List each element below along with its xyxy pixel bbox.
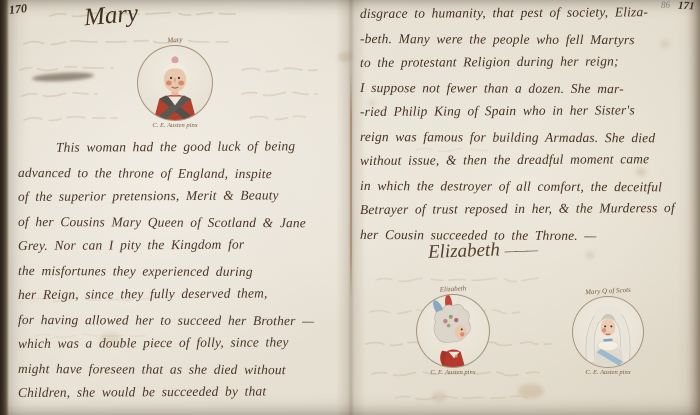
manuscript-line: Betrayer of trust reposed in her, & the … (360, 196, 696, 223)
foxing-spot (100, 332, 120, 344)
left-page-number: 170 (8, 1, 27, 18)
portrait-mqs-caption: C. E. Austen pinx (568, 369, 648, 376)
page-right-edge (688, 0, 700, 415)
manuscript-line: This woman had the good luck of being (18, 134, 340, 160)
foxing-spot (368, 100, 376, 106)
elizabeth-portrait-illustration (417, 295, 489, 367)
portrait-medallion-elizabeth: Elizabeth (413, 285, 493, 376)
manuscript-line: disgrace to humanity, that pest of socie… (360, 0, 696, 26)
mary-queen-of-scots-portrait-illustration (573, 297, 643, 367)
manuscript-line: her Reign, since they fully deserved the… (18, 281, 340, 307)
heading-flourish: ——— (504, 243, 536, 259)
page-gutter (336, 0, 366, 415)
manuscript-photo: 170 Mary Mary (0, 0, 700, 415)
manuscript-line: of the superior pretensions, Merit & Bea… (18, 183, 340, 209)
portrait-elizabeth-caption: C. E. Austen pinx (413, 369, 493, 376)
portrait-mary-caption: C. E. Austen pinx (134, 122, 216, 129)
left-page-text: This woman had the good luck of being ad… (18, 136, 340, 406)
foxing-spot (636, 168, 646, 176)
foxing-spot (518, 384, 544, 398)
right-page-text: disgrace to humanity, that pest of socie… (360, 2, 696, 247)
portrait-medallion-mary: Mary (134, 36, 216, 129)
manuscript-line: Children, she would be succeeded by that (18, 379, 340, 405)
portrait-medallion-mary-queen-of-scots: Mary Q of Scots C. E. Austen p (568, 287, 648, 376)
portrait-mqs-frame (572, 296, 644, 368)
portrait-elizabeth-frame (416, 294, 490, 368)
portrait-mary-frame (137, 45, 213, 121)
manuscript-line: Grey. Nor can I pity the Kingdom for (18, 232, 340, 258)
foxing-spot (432, 392, 446, 402)
elizabeth-heading-text: Elizabeth (428, 239, 500, 262)
manuscript-line: to the protestant Religion during her re… (360, 49, 696, 76)
manuscript-line: -ried Philip King of Spain who in her Si… (360, 98, 696, 125)
elizabeth-section-heading: Elizabeth ——— (428, 238, 537, 264)
mary-portrait-illustration (138, 46, 212, 120)
manuscript-line: which was a double piece of folly, since… (18, 330, 340, 356)
left-page-heading: Mary (83, 0, 139, 32)
ink-smudge (32, 71, 94, 82)
book-binding-edge (0, 0, 9, 415)
foxing-spot (586, 252, 594, 258)
foxing-spot (660, 40, 670, 48)
